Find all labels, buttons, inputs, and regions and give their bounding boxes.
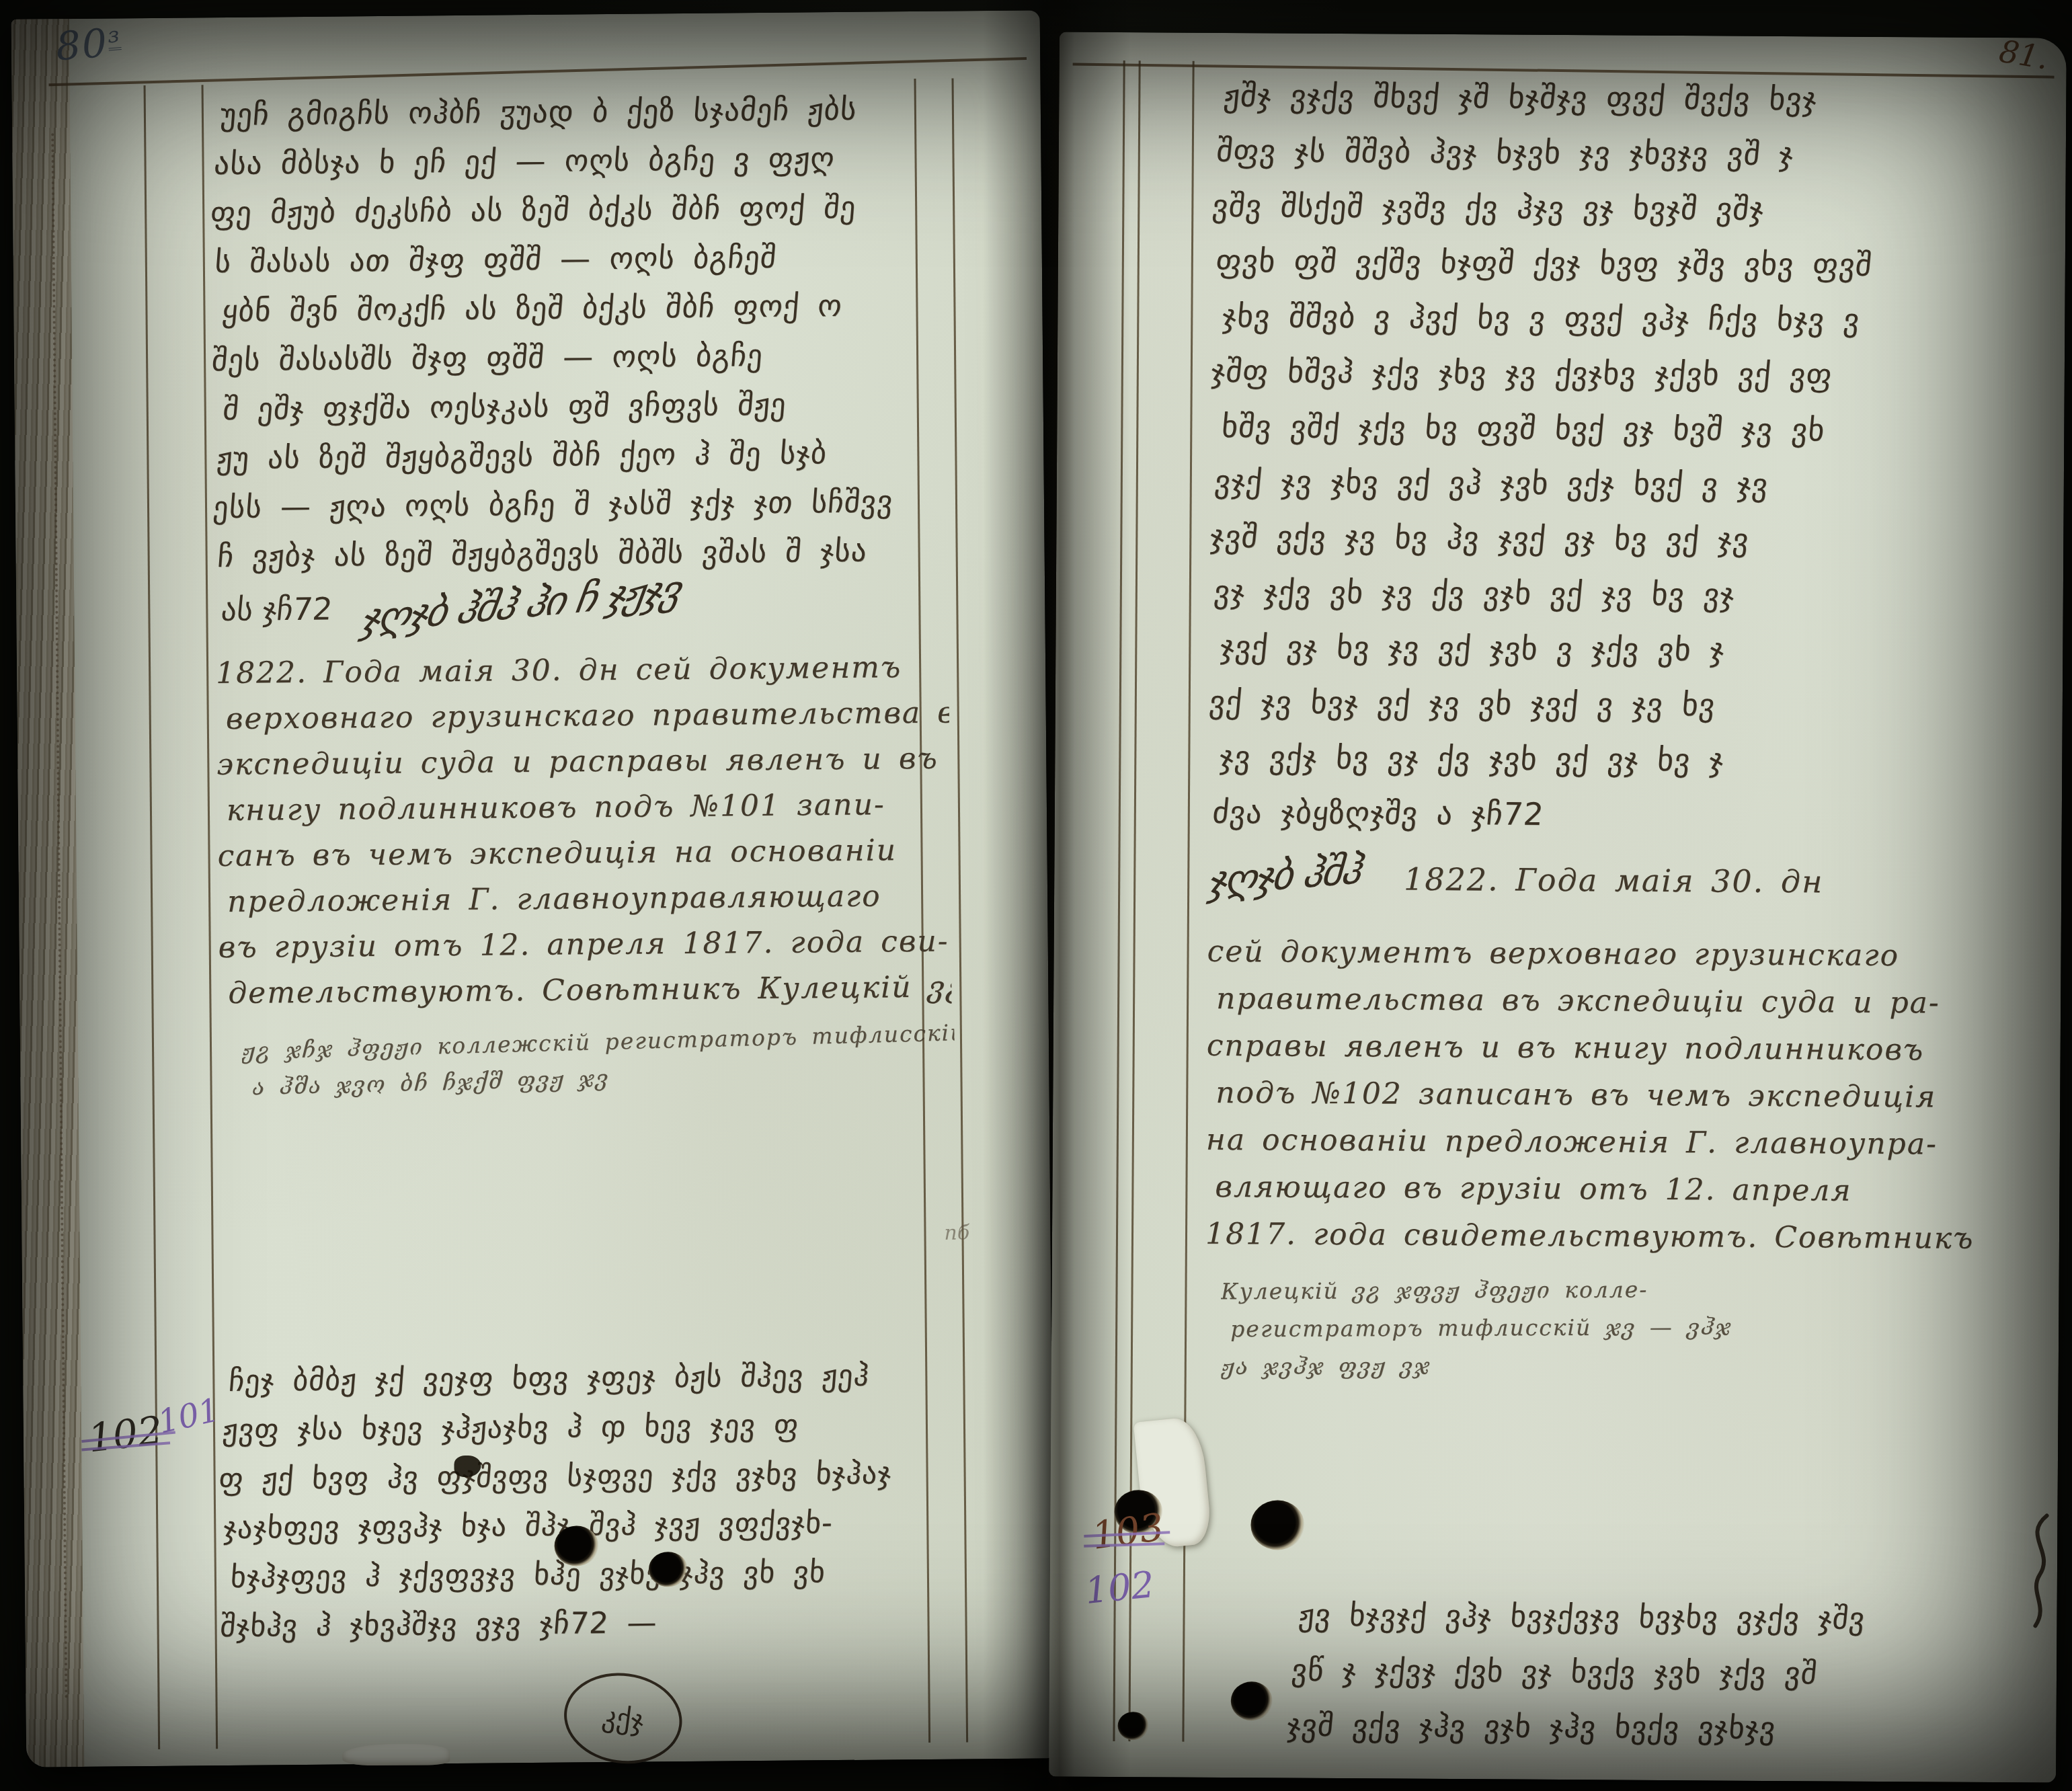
wormhole: [649, 1552, 688, 1587]
manuscript-line: 1822. Года маія 30. дн сей документъ: [216, 645, 949, 697]
manuscript-line: შფვ ჯს შშვბ ჰვჯ ხჯვხ ჯვ ჯხვჯვ ვშ ჯ: [1214, 123, 2046, 183]
manuscript-line: ესს — ჟღა ოღს ბგჩე შ ჯასშ ჯქჯ ჯთ სჩშვვ: [211, 477, 942, 532]
georgian-text-block-2: ჩეჯ ბმბჟ ჯქ ვეჯფ ხფვ ჯფეჯ ბჟს შჰევ ჟეჰჟვ…: [222, 1351, 957, 1651]
manuscript-line: ჯვშ ვქვ ჯჰვ ვჯხ ჯჰვ ხვქვ ვჯხჯვ: [1285, 1698, 2047, 1758]
manuscript-line: ჯვ ვქჯ ხვ ვჯ ქვ ჯვხ ვქ ვჯ ხვ ჯ: [1218, 729, 2043, 789]
circled-mark-text: კქჯ: [600, 1700, 646, 1738]
page-edge-stack: [11, 19, 85, 1767]
date-text: 1822. Года маія 30. дн: [1404, 861, 1824, 900]
wormhole: [1250, 1500, 1304, 1550]
margin-ruling-b: [1128, 61, 1140, 1741]
margin-ruling-a: [144, 85, 161, 1749]
margin-ruling-a: [1113, 61, 1125, 1741]
manuscript-line: ასა მბსჯა ხ ეჩ ექ — ოღს ბგჩე ვ ფჟღ: [212, 133, 939, 188]
manuscript-line: ფ ჟქ ხვფ ჰვ ფჯშვფვ სჯფვე ჯქვ ვჯხვ ხჯჰაჯ: [217, 1449, 958, 1505]
manuscript-line: ჯვქ ვჯ ხვ ჯვ ვქ ჯვხ ვ ჯქვ ვხ ჯ: [1218, 619, 2044, 679]
manuscript-line: правительства въ экспедиціи суда и ра-: [1216, 976, 2047, 1028]
manuscript-line: въ грузіи отъ 12. апреля 1817. года сви-: [218, 919, 951, 971]
manuscript-line: санъ въ чемъ экспедиція на основаніи: [217, 828, 951, 880]
page-number-left-sup: з: [106, 22, 122, 50]
manuscript-line: ჩ ვჟბჯ ას ზეშ შჟყბგშევს შბშს ვშას შ ჯსა: [216, 526, 943, 581]
manuscript-line: ყბნ შვნ შოკქჩ ას ზეშ ბქკს შბჩ ფოქ ო: [221, 280, 941, 335]
margin-side-note: пб: [944, 1221, 969, 1244]
numero-text: ას ჯჩ72: [219, 591, 334, 628]
georgian-text-block-1: უეჩ გმიგჩს ოჰბჩ ჳუად ბ ქეზ სჯამეჩ ჟბსასა…: [214, 84, 941, 581]
clerk-signature-block: Кулецкій ვჷ ჯფვჟ ჰფეჟი колле-регистратор…: [1221, 1269, 2028, 1386]
manuscript-line: ჟვ ხჯვჯქ ვჰჯ ხვჯქვჯვ ხვჯხვ ვჯქვ ჯშვ: [1296, 1588, 2048, 1648]
manuscript-line: ვქ ჯვ ხვჯ ვქ ჯვ ვხ ჯვქ ვ ჯვ ხვ: [1207, 674, 2043, 735]
manuscript-line: детельствуютъ. Совѣтникъ Кулецкій ვჷ: [228, 965, 952, 1017]
manuscript-line: 1817. года свидетельствуютъ. Совѣтникъ: [1205, 1211, 2046, 1263]
manuscript-line: ვჯ ჯქვ ვხ ჯვ ქვ ვჯხ ვქ ჯვ ხვ ვჯ: [1211, 564, 2044, 624]
circled-registry-mark: კქჯ: [559, 1666, 688, 1771]
manuscript-line: ჟა ჯვჰჯ ფვჟ ვჯ: [1221, 1345, 2028, 1386]
top-ruling-line: [48, 57, 1027, 86]
wormhole: [1117, 1712, 1148, 1740]
manuscript-line: сей документъ верховнаго грузинскаго: [1207, 928, 2047, 981]
manuscript-line: регистраторъ тифлисскій ჯვ — ვჰჯ: [1230, 1307, 2028, 1348]
manuscript-line: ვშვ შსქეშ ჯვშვ ქვ ჰჯვ ვჯ ხვჯშ ვშჯ: [1210, 178, 2046, 239]
manuscript-line: верховнаго грузинскаго правительства въ: [225, 690, 949, 742]
georgian-text-block-1: ჟშჯ ვჯქვ შხვქ ჯშ ხჯშჯვ ფვქ შვქვ ხვჯშფვ ჯ…: [1213, 68, 2044, 844]
manuscript-line: ჩეჯ ბმბჟ ჯქ ვეჯფ ხფვ ჯფეჯ ბჟს შჰევ ჟეჰ: [227, 1351, 957, 1406]
page-number-left-value: 80: [54, 20, 110, 70]
manuscript-line: вляющаго въ грузіи отъ 12. апреля: [1215, 1164, 2046, 1216]
manuscript-line: ჯშფ ხშვჰ ჯქვ ჯხვ ჯვ ქვჯხვ ჯქვხ ვქ ვფ: [1209, 344, 2045, 404]
manuscript-line: экспедиціи суда и расправы явленъ и въ: [216, 736, 950, 789]
manuscript-line: ჟვფ ჯსა ხჯევ ჯჰჟაჯხვ ჰ ჶ ხევ ჯევ ფ: [221, 1400, 957, 1456]
margin-number-new: 102: [1083, 1563, 1156, 1612]
manuscript-line: ჟუ ას ზეშ შჟყბგშევს შბჩ ქეო ჰ შე სჯბ: [215, 428, 942, 483]
clerk-signature-block: ჟჷ ჯჩჯ ჰფეჟი коллежскій регистраторъ тиф…: [241, 1014, 955, 1106]
manuscript-line: подъ №102 записанъ въ чемъ экспедиція: [1216, 1070, 2046, 1122]
torn-deckle-edge: [342, 1743, 450, 1765]
russian-certification-block: 1822. Года маія 30. дн сей документъверх…: [216, 645, 952, 1017]
manuscript-line: ჟშჯ ვჯქვ შხვქ ჯშ ხჯშჯვ ფვქ შვქვ ხვჯ: [1222, 68, 2047, 128]
manuscript-line: ფე მჟუბ ძეკსჩბ ას ზეშ ბქკს შბჩ ფოქ შე: [208, 182, 939, 237]
manuscript-line: ვწ ჯ ჯქვჯ ქვხ ვჯ ხვქვ ჯვხ ჯქვ ვშ: [1289, 1643, 2047, 1703]
page-number-left: 80з: [54, 19, 122, 69]
manuscript-line: ს შასას ათ შჯფ ფშშ — ოღს ბგჩეშ: [213, 231, 940, 286]
manuscript-line: ჯვშ ვქვ ჯვ ხვ ჰვ ჯვქ ვჯ ხვ ვქ ჯვ: [1208, 509, 2044, 569]
manuscript-line: ფვხ ფშ ვქშვ ხჯფშ ქვჯ ხვფ ჯშვ ვხვ ფვშ: [1213, 233, 2046, 293]
manuscript-line: შჯხჰვ ჰ ჯხვჰშჯვ ვჯვ ჯჩ72 —: [218, 1596, 959, 1652]
russian-certification-block: сей документъ верховнаго грузинскагоправ…: [1205, 928, 2048, 1263]
manuscript-line: ხშვ ვშქ ჯქვ ხვ ფვშ ხვქ ვჯ ხვშ ჯვ ვხ: [1220, 399, 2045, 459]
manuscript-line: книгу подлинниковъ подъ №101 запи-: [227, 782, 951, 834]
right-page: 81. ჟშჯ ვჯქვ შხვქ ჯშ ხჯშჯვ ფვქ შვქვ ხვჯშ…: [1049, 32, 2067, 1782]
manuscript-line: უეჩ გმიგჩს ოჰბჩ ჳუად ბ ქეზ სჯამეჩ ჟბს: [218, 84, 939, 139]
wormhole: [1231, 1681, 1273, 1720]
manuscript-line: Кулецкій ვჷ ჯფვჟ ჰფეჟი колле-: [1221, 1269, 2028, 1310]
manuscript-line: справы явленъ и въ книгу подлинниковъ: [1207, 1023, 2047, 1075]
numero-line: ას ჯჩ72 ჯღჯბ ჰშჰ ჰი ჩ ჯჟჯვ: [219, 580, 678, 631]
left-page: 80з უეჩ გმიგჩს ოჰბჩ ჳუად ბ ქეზ სჯამეჩ ჟბ…: [11, 10, 1055, 1767]
manuscript-line: შეს შასასშს შჯფ ფშშ — ოღს ბგჩე: [210, 329, 941, 385]
manuscript-line: на основаніи предложенія Г. главноупра-: [1206, 1117, 2046, 1169]
signature-flourish: ჯღჯბ ჰშჰ: [1203, 846, 1369, 905]
manuscript-line: შ ეშჯ ფჯქშა ოესჯკას ფშ ვჩფვს შჟე: [221, 379, 941, 434]
manuscript-line: ჯხვ შშვბ ვ ჰვქ ხვ ვ ფვქ ვჰჯ ჩქვ ხჯვ ვ: [1220, 288, 2046, 348]
signature-date-line: ჯღჯბ ჰშჰ 1822. Года маія 30. дн: [1212, 852, 2046, 931]
page-number-right: 81.: [1997, 33, 2051, 77]
manuscript-line: ვჯქ ჯვ ჯხვ ვქ ვჰ ჯვხ ვქჯ ხვქ ვ ჯვ: [1212, 454, 2044, 514]
edge-scribble-mark: [2016, 1510, 2057, 1634]
georgian-text-block-2: ჟვ ხჯვჯქ ვჰჯ ხვჯქვჯვ ხვჯხვ ვჯქვ ჯშვვწ ჯ …: [1291, 1588, 2044, 1758]
wormhole: [554, 1525, 599, 1566]
manuscript-line: предложенія Г. главноуправляющаго: [227, 873, 951, 925]
manuscript-line: ძვა ჯბყზღჯშვ ა ჯჩ72: [1210, 785, 2042, 844]
